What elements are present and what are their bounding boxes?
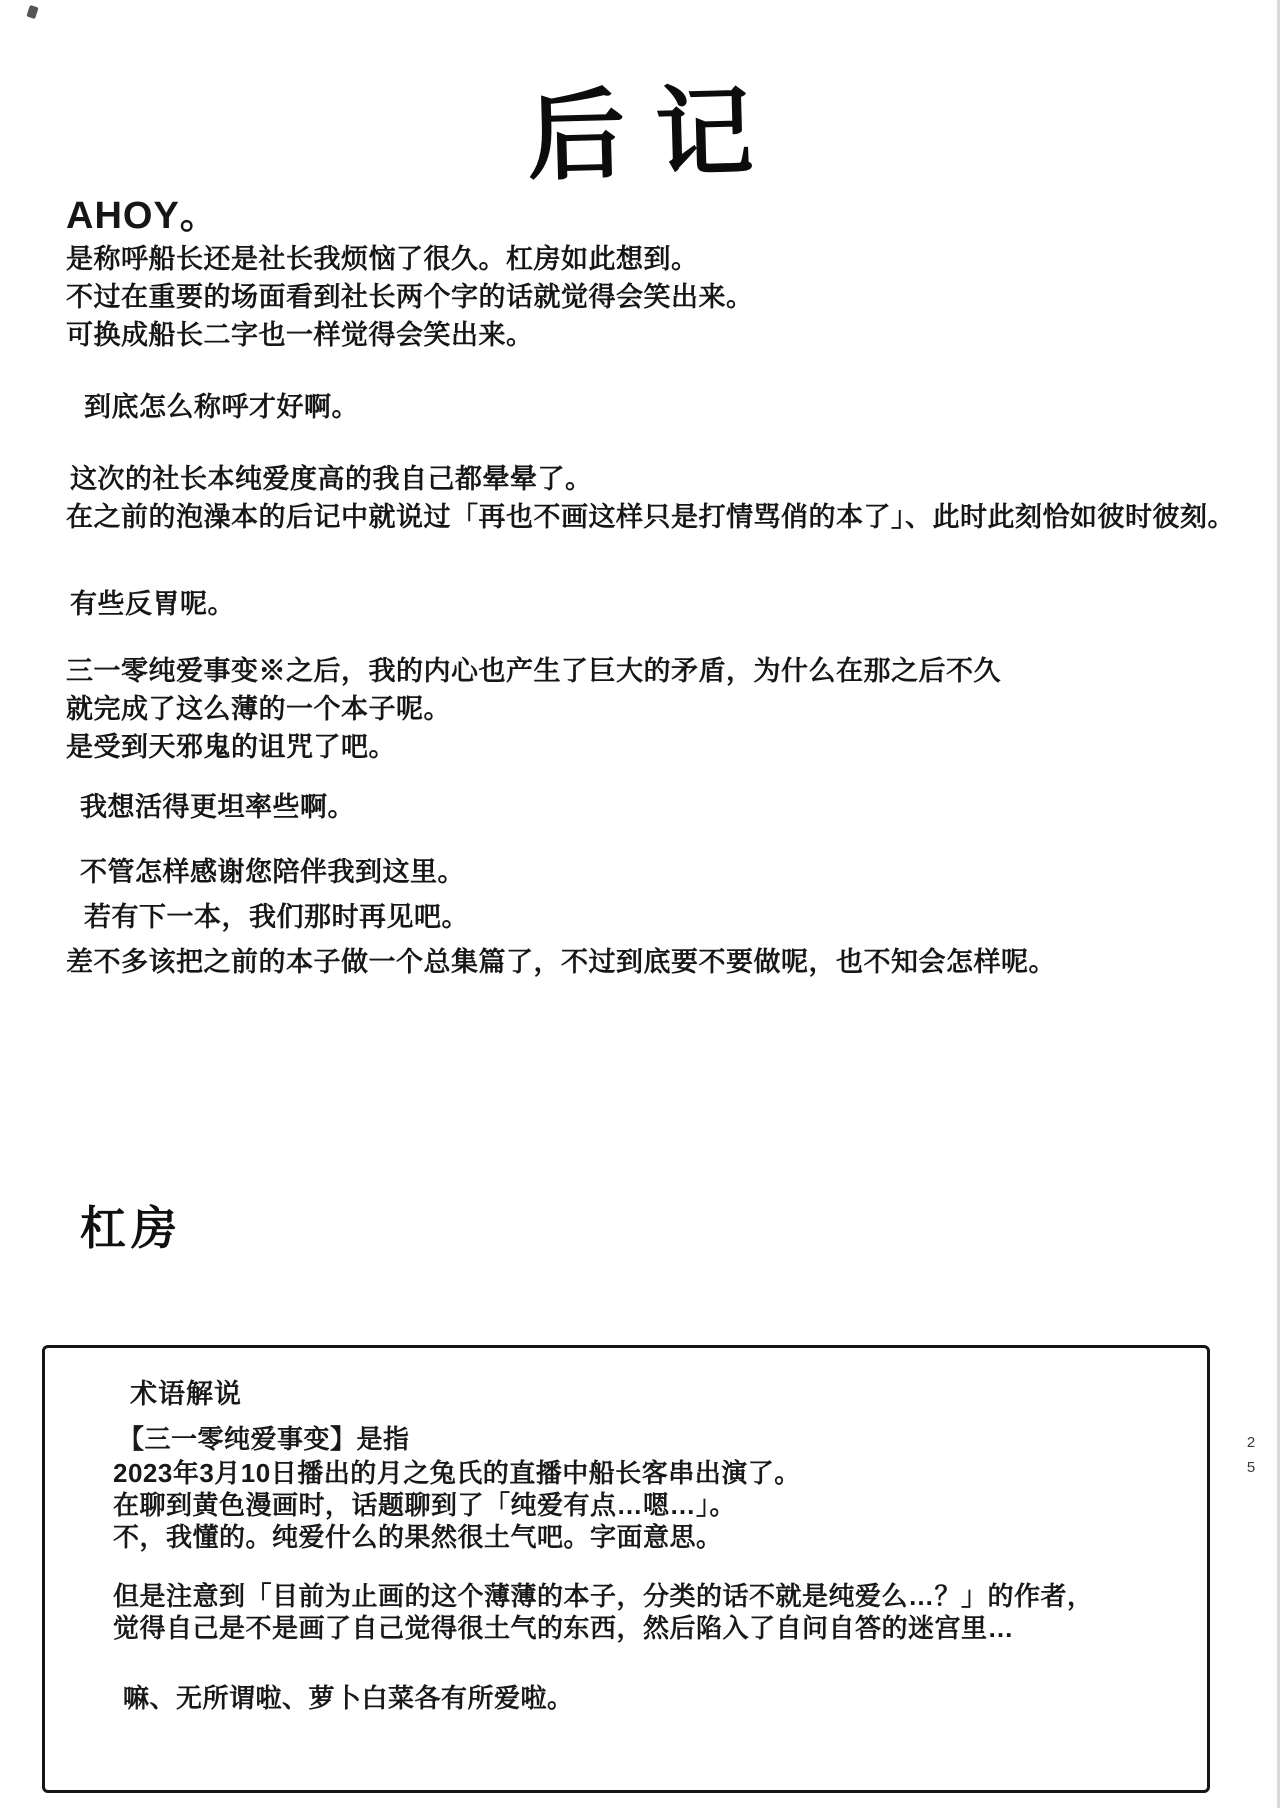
page-number-digit: 2: [1244, 1430, 1258, 1455]
glossary-term-intro: 【三一零纯爱事变】是指: [90, 1423, 1187, 1455]
afterword-line: 不管怎样感谢您陪伴我到这里。: [66, 853, 1256, 891]
afterword-page: 后记 AHOY。 是称呼船长还是社长我烦恼了很久。杠房如此想到。 不过在重要的场…: [0, 0, 1280, 1808]
afterword-line: 在之前的泡澡本的后记中就说过「再也不画这样只是打情骂俏的本了」、此时此刻恰如彼时…: [66, 498, 1256, 536]
afterword-line: 这次的社长本纯爱度高的我自己都晕晕了。: [66, 460, 1256, 498]
glossary-heading: 术语解说: [90, 1377, 1187, 1411]
author-signature: 杠房: [80, 1192, 182, 1258]
afterword-line: 可换成船长二字也一样觉得会笑出来。: [66, 316, 1256, 354]
afterword-line: 我想活得更坦率些啊。: [66, 788, 1256, 826]
glossary-line: 2023年3月10日播出的月之兔氏的直播中船长客串出演了。: [90, 1457, 1187, 1489]
glossary-line: 在聊到黄色漫画时，话题聊到了「纯爱有点…嗯…」。: [90, 1489, 1187, 1521]
glossary-line: 但是注意到「目前为止画的这个薄薄的本子，分类的话不就是纯爱么…？」的作者，: [90, 1580, 1187, 1612]
greeting-text: AHOY。: [66, 192, 1256, 240]
page-number-digit: 5: [1244, 1455, 1258, 1480]
glossary-line: 不，我懂的。纯爱什么的果然很土气吧。字面意思。: [90, 1521, 1187, 1553]
afterword-line: 是称呼船长还是社长我烦恼了很久。杠房如此想到。: [66, 240, 1256, 278]
afterword-line: 到底怎么称呼才好啊。: [66, 388, 1256, 426]
page-number: 2 5: [1244, 1430, 1258, 1480]
afterword-line: 就完成了这么薄的一个本子呢。: [66, 690, 1256, 728]
afterword-line: 不过在重要的场面看到社长两个字的话就觉得会笑出来。: [66, 278, 1256, 316]
page-title: 后记: [0, 39, 1280, 213]
afterword-line: 三一零纯爱事变※之后，我的内心也产生了巨大的矛盾，为什么在那之后不久: [66, 652, 1256, 690]
glossary-box: 术语解说 【三一零纯爱事变】是指 2023年3月10日播出的月之兔氏的直播中船长…: [42, 1345, 1210, 1793]
scan-speck-artifact: [26, 5, 38, 19]
afterword-line: 是受到天邪鬼的诅咒了吧。: [66, 728, 1256, 766]
afterword-line: 有些反胃呢。: [66, 585, 1256, 623]
afterword-body: AHOY。 是称呼船长还是社长我烦恼了很久。杠房如此想到。 不过在重要的场面看到…: [66, 192, 1256, 981]
glossary-line: 觉得自己是不是画了自己觉得很土气的东西，然后陷入了自问自答的迷宫里…: [90, 1612, 1187, 1644]
glossary-closing: 嘛、无所谓啦、萝卜白菜各有所爱啦。: [90, 1682, 1187, 1714]
afterword-line: 若有下一本，我们那时再见吧。: [66, 898, 1256, 936]
afterword-line: 差不多该把之前的本子做一个总集篇了，不过到底要不要做呢，也不知会怎样呢。: [66, 943, 1256, 981]
